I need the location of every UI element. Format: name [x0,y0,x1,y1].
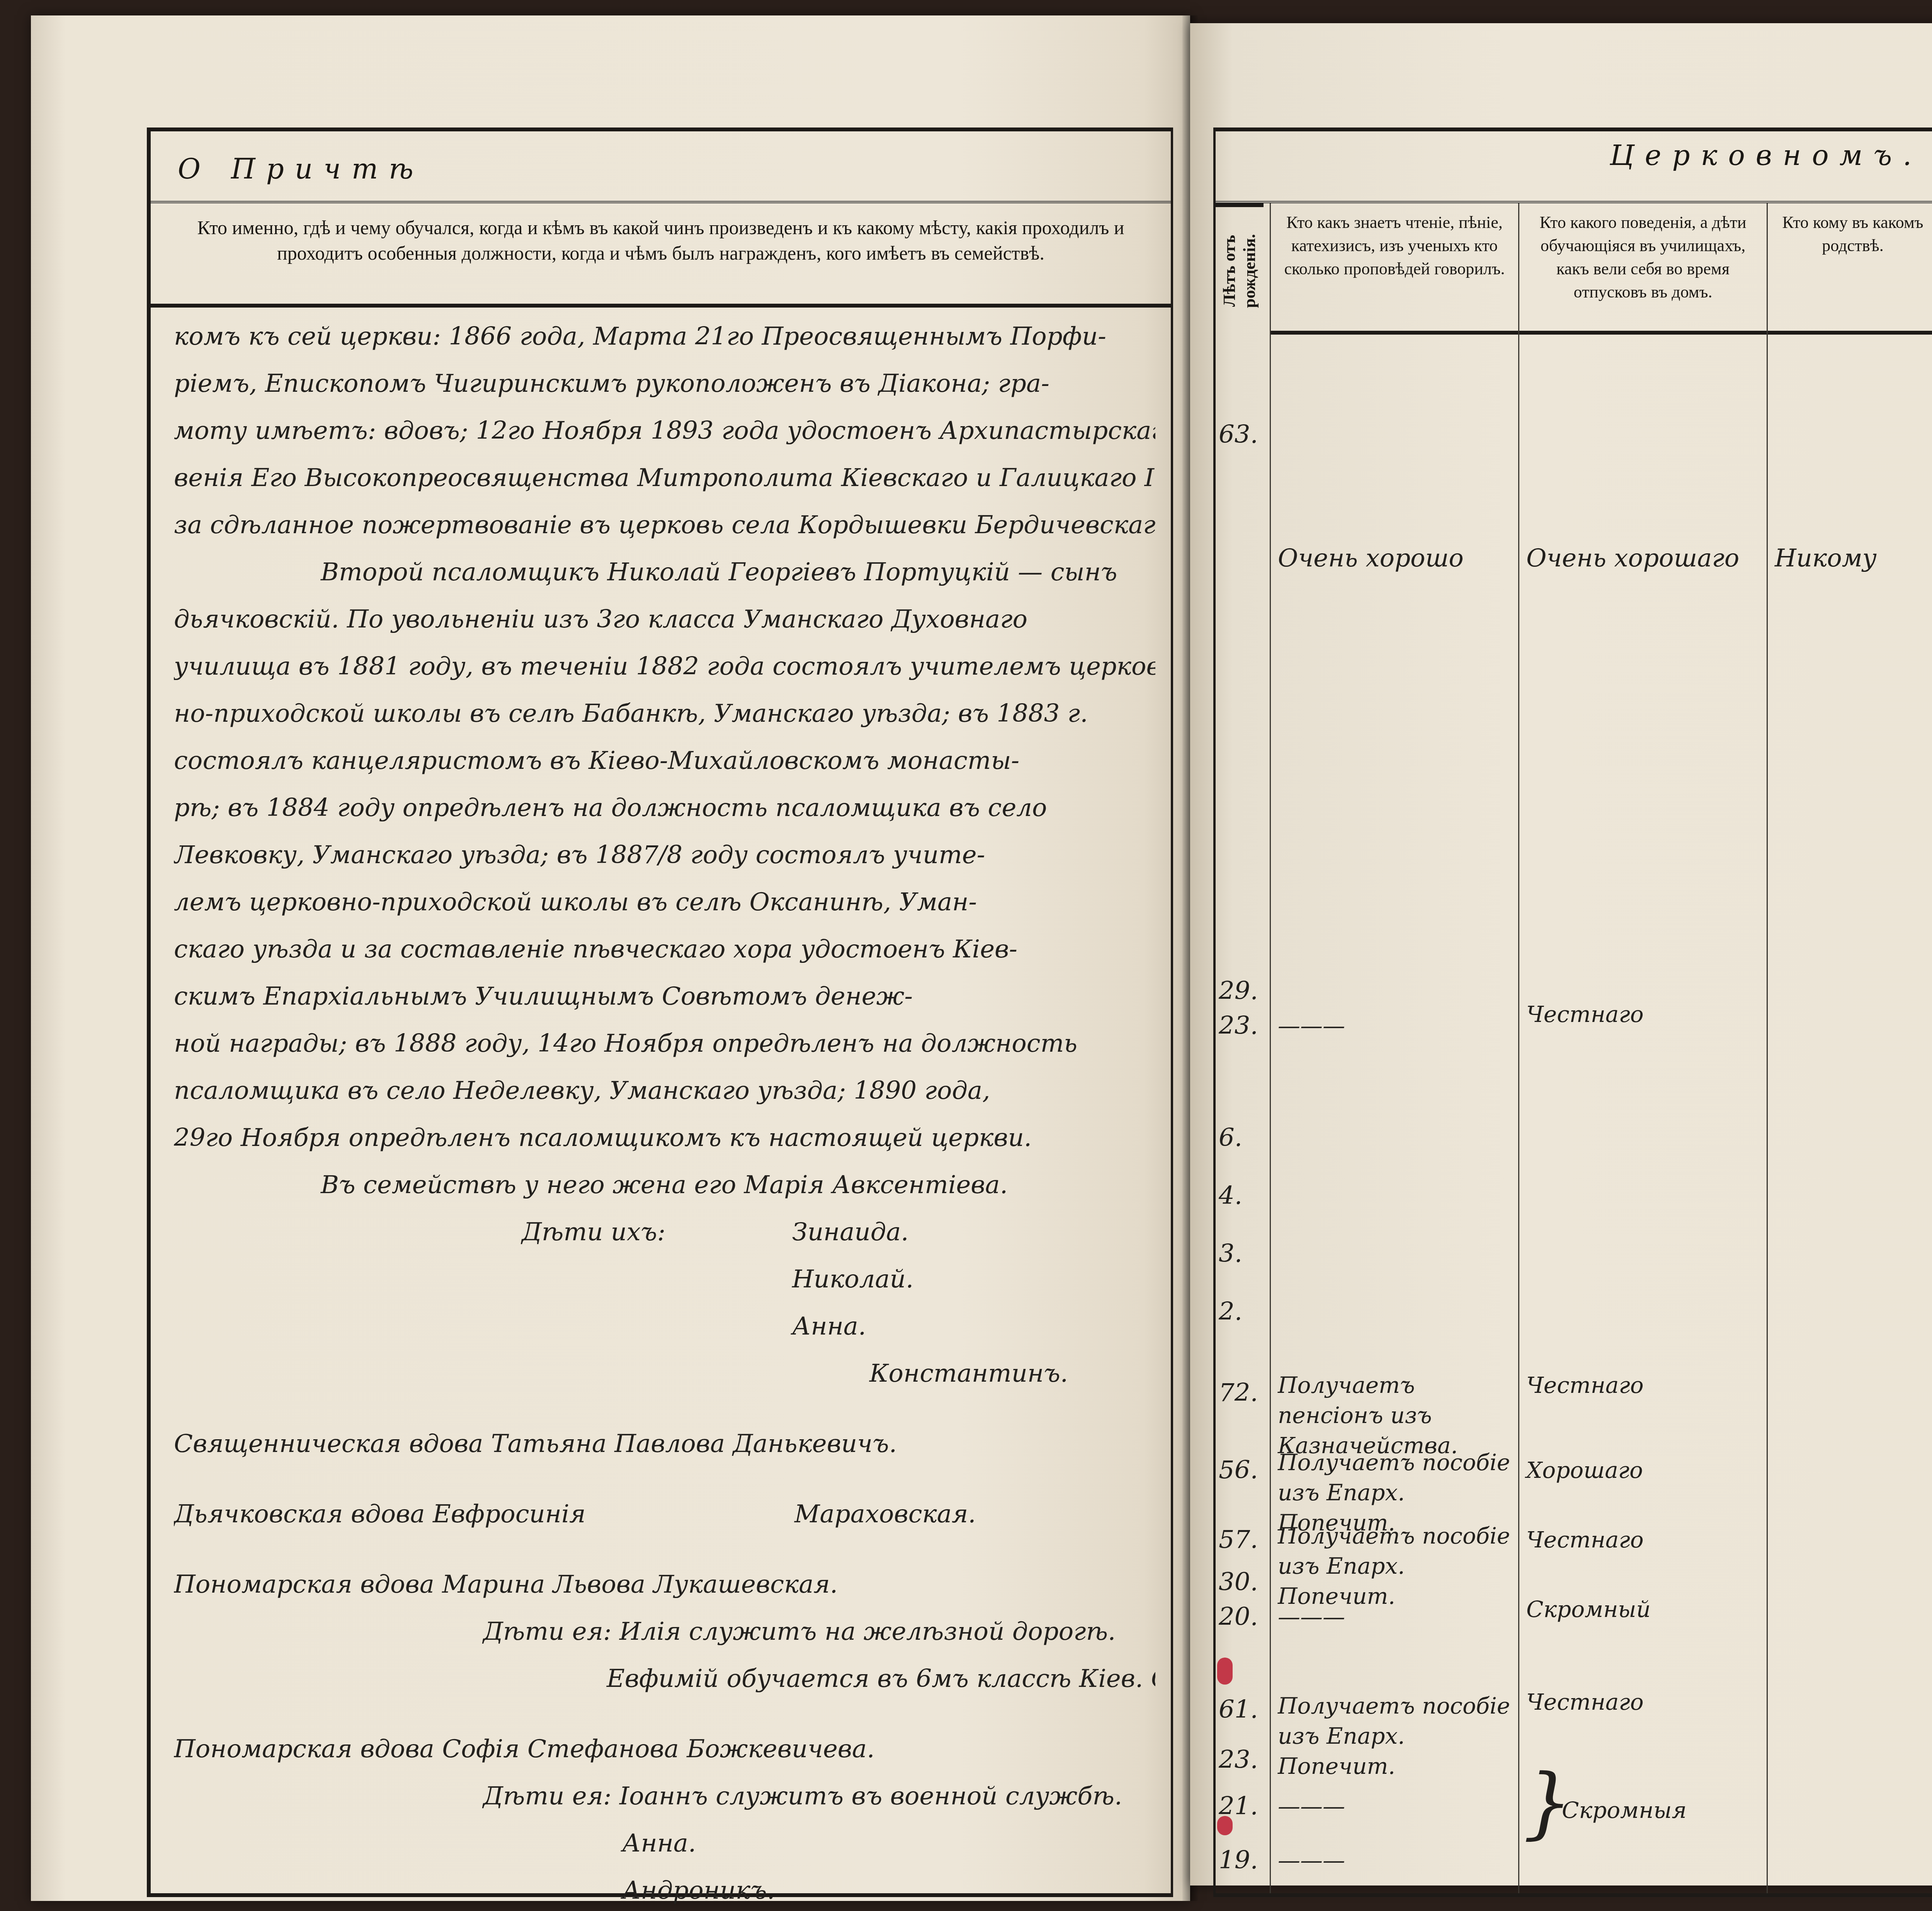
child-entry: Анна. [174,1820,1155,1867]
widow-children-line: Дѣти ея: Іоаннъ служитъ въ военной служб… [174,1773,1155,1820]
age-cell: 61. [1216,1695,1270,1725]
entry-line: лемъ церковно-приходской школы въ селѣ О… [174,879,1155,926]
column-kinship: Кто кому въ какомъ родствѣ. Никому [1768,203,1932,1893]
widow-surname: Мараховская. [594,1500,976,1528]
red-wax-seal [1217,1816,1233,1835]
entry-line: скимъ Епархіальнымъ Училищнымъ Совѣтомъ … [174,973,1155,1020]
behavior-cell: Скромныя [1519,1795,1767,1825]
right-page: 14 Церковномъ. Лѣтъ отъ рожденія. 63. 29… [1190,23,1932,1885]
right-page-title: Церковномъ. [1610,139,1922,172]
knowledge-cell: ——— [1271,1602,1518,1632]
left-subheading-text: Кто именно, гдѣ и чему обучался, когда и… [151,203,1171,266]
age-cell: 56. [1216,1455,1270,1485]
entry-line: за сдѣланное пожертвованіе въ церковь се… [174,502,1155,549]
register-table: Лѣтъ отъ рожденія. 63. 29. 23. 6. 4. 3. … [1216,203,1932,1893]
widow-line: Пономарская вдова Марина Львова Лукашевс… [174,1561,1155,1608]
entry-line: моту имѣетъ: вдовъ; 12го Ноября 1893 год… [174,407,1155,454]
widow-line: Дьячковская вдова Евфросинія Мараховская… [174,1491,1155,1538]
entry-line: рѣ; въ 1884 году опредѣленъ на должность… [174,784,1155,831]
left-page-subheading: Кто именно, гдѣ и чему обучался, когда и… [151,203,1171,308]
column-knowledge: Кто какъ знаетъ чтеніе, пѣніе, катехизис… [1271,203,1519,1893]
age-cell: 3. [1216,1239,1270,1269]
column-header-knowledge: Кто какъ знаетъ чтеніе, пѣніе, катехизис… [1271,203,1518,335]
entry-line: венія Его Высокопреосвященства Митрополи… [174,454,1155,502]
children-label: Дѣти ея: [483,1782,612,1811]
entry-line: псаломщика въ село Неделевку, Уманскаго … [174,1067,1155,1114]
age-cell: 6. [1216,1123,1270,1153]
column-age: Лѣтъ отъ рожденія. 63. 29. 23. 6. 4. 3. … [1216,203,1271,1893]
entry-line: скаго уѣзда и за составленіе пѣвческаго … [174,926,1155,973]
knowledge-cell: Получаетъ пособіе изъ Епарх. Попечит. [1271,1691,1518,1781]
child-name: Николай. [174,1256,1155,1303]
age-cell: 23. [1216,1745,1270,1775]
entry-line: ріемъ, Епископомъ Чигиринскимъ рукополож… [174,360,1155,407]
child-entry: Илія служитъ на желѣзной дорогѣ. [619,1617,1116,1646]
entry-line: комъ къ сей церкви: 1866 года, Марта 21г… [174,313,1155,360]
right-title-row: Церковномъ. [1216,131,1932,203]
knowledge-cell: Очень хорошо [1271,543,1518,573]
knowledge-cell: ——— [1271,1845,1518,1875]
left-page: О Причтѣ Кто именно, гдѣ и чему обучался… [31,15,1190,1901]
entry-line: Второй псаломщикъ Николай Георгіевъ Порт… [174,549,1155,596]
entry-line: ной награды; въ 1888 году, 14го Ноября о… [174,1020,1155,1067]
children-label: Дѣти ея: [483,1617,612,1646]
child-entry: Іоаннъ служитъ въ военной службѣ. [619,1782,1122,1811]
knowledge-cell: Получаетъ пособіе изъ Епарх. Попечит. [1271,1521,1518,1611]
entry-line: училища въ 1881 году, въ теченіи 1882 го… [174,643,1155,690]
column-behavior: Кто какого поведенія, а дѣти обучающіяся… [1519,203,1768,1893]
behavior-cell: Честнаго [1519,999,1767,1029]
left-page-entry-text: комъ къ сей церкви: 1866 года, Марта 21г… [174,313,1155,1911]
kinship-cell: Никому [1768,543,1932,573]
behavior-cell: Честнаго [1519,1370,1767,1400]
child-entry: Евфимій обучается въ 6мъ классѣ Кіев. Се… [174,1655,1155,1702]
age-cell: 23. [1216,1011,1270,1041]
behavior-cell: Честнаго [1519,1687,1767,1717]
child-entry: Андроникъ. [174,1867,1155,1911]
right-page-frame: Церковномъ. Лѣтъ отъ рожденія. 63. 29. 2… [1213,128,1932,1897]
behavior-cell: Скромный [1519,1594,1767,1624]
widow-line: Священническая вдова Татьяна Павлова Дан… [174,1420,1155,1467]
entry-line: состоялъ канцеляристомъ въ Кіево-Михайло… [174,737,1155,784]
behavior-cell: Хорошаго [1519,1455,1767,1485]
widow-line: Пономарская вдова Софія Стефанова Божкев… [174,1726,1155,1773]
left-page-frame: О Причтѣ Кто именно, гдѣ и чему обучался… [147,128,1173,1897]
widow-children-line: Дѣти ея: Илія служитъ на желѣзной дорогѣ… [174,1608,1155,1655]
left-page-title: О Причтѣ [178,153,424,185]
behavior-cell: Очень хорошаго [1519,543,1767,573]
behavior-cell: Честнаго [1519,1525,1767,1555]
entry-line: 29го Ноября опредѣленъ псаломщикомъ къ н… [174,1114,1155,1161]
entry-line: но-приходской школы въ селѣ Бабанкѣ, Ума… [174,690,1155,737]
knowledge-cell: ——— [1271,1791,1518,1821]
age-cell: 4. [1216,1181,1270,1211]
age-cell: 29. [1216,976,1270,1006]
entry-line: Левковку, Уманскаго уѣзда; въ 1887/8 год… [174,831,1155,879]
age-cell: 2. [1216,1297,1270,1327]
family-wife-line: Въ семействѣ у него жена его Марія Авксе… [174,1161,1155,1209]
column-header-age: Лѣтъ отъ рожденія. [1216,203,1264,335]
column-header-kinship: Кто кому въ какомъ родствѣ. [1768,203,1932,335]
entry-line: дьячковскій. По увольненіи изъ 3го класс… [174,596,1155,643]
child-name: Анна. [174,1303,1155,1350]
column-header-behavior: Кто какого поведенія, а дѣти обучающіяся… [1519,203,1767,335]
red-wax-seal [1217,1658,1233,1685]
left-title-row: О Причтѣ [151,131,1171,203]
age-cell: 57. [1216,1525,1270,1555]
knowledge-cell: Получаетъ пенсіонъ изъ Казначейства. [1271,1370,1518,1460]
age-cell: 63. [1216,420,1270,450]
age-cell: 20. [1216,1602,1270,1632]
child-name: Константинъ. [174,1350,1155,1397]
knowledge-cell: ——— [1271,1011,1518,1041]
widow-name: Дьячковская вдова Евфросинія [174,1500,586,1528]
age-cell: 19. [1216,1845,1270,1875]
age-cell: 30. [1216,1567,1270,1597]
age-cell: 72. [1216,1378,1270,1408]
